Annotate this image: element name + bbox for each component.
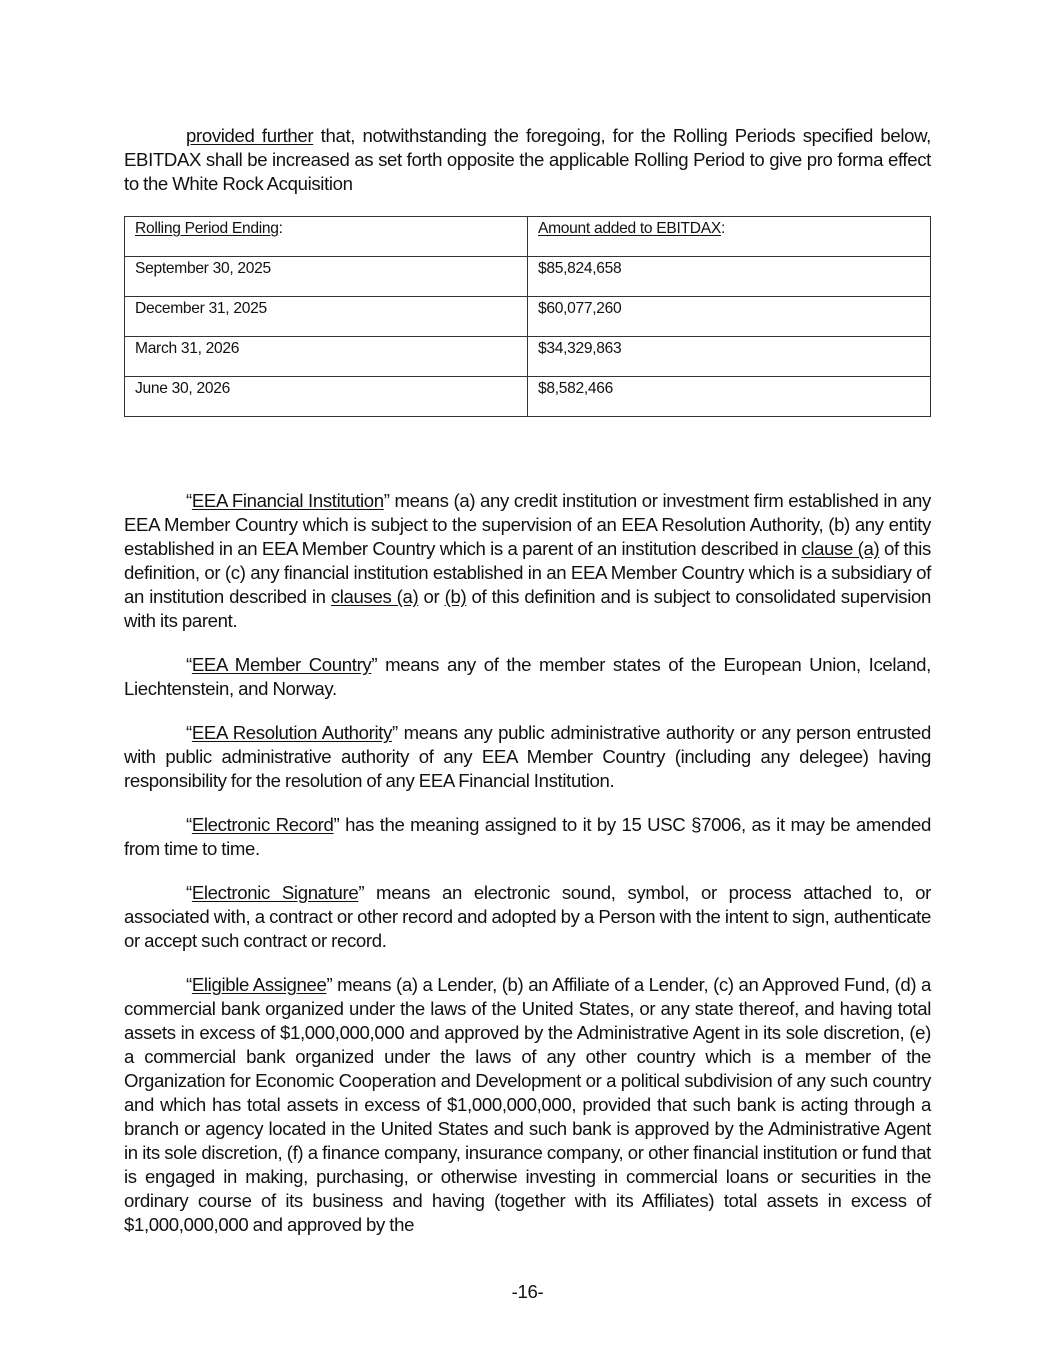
period-cell: March 31, 2026 [125,337,528,377]
cross-reference: clauses (a) [331,586,419,607]
amount-cell: $60,077,260 [528,297,931,337]
definition-eligible-assignee: “Eligible Assignee” means (a) a Lender, … [124,973,931,1237]
definition-electronic-record: “Electronic Record” has the meaning assi… [124,813,931,861]
intro-paragraph: provided further that, notwithstanding t… [124,124,931,196]
defined-term: Eligible Assignee [192,974,327,995]
definition-electronic-signature: “Electronic Signature” means an electron… [124,881,931,953]
defined-term: EEA Member Country [192,654,372,675]
table-header-row: Rolling Period Ending: Amount added to E… [125,217,931,257]
amount-cell: $34,329,863 [528,337,931,377]
page-number: -16- [0,1281,1055,1303]
period-cell: September 30, 2025 [125,257,528,297]
cross-reference: (b) [445,586,467,607]
amount-cell: $85,824,658 [528,257,931,297]
header-cell-period: Rolling Period Ending: [125,217,528,257]
cross-reference: clause (a) [801,538,879,559]
table-row: September 30, 2025 $85,824,658 [125,257,931,297]
table-row: June 30, 2026 $8,582,466 [125,377,931,417]
definition-eea-resolution-authority: “EEA Resolution Authority” means any pub… [124,721,931,793]
defined-term: Electronic Record [192,814,334,835]
defined-term: EEA Resolution Authority [192,722,392,743]
table-row: December 31, 2025 $60,077,260 [125,297,931,337]
definition-eea-financial-institution: “EEA Financial Institution” means (a) an… [124,489,931,633]
defined-term: Electronic Signature [192,882,358,903]
defined-term: EEA Financial Institution [192,490,384,511]
table-row: March 31, 2026 $34,329,863 [125,337,931,377]
definition-eea-member-country: “EEA Member Country” means any of the me… [124,653,931,701]
header-cell-amount: Amount added to EBITDAX: [528,217,931,257]
ebitdax-adjustment-table: Rolling Period Ending: Amount added to E… [124,216,931,417]
amount-cell: $8,582,466 [528,377,931,417]
lead-term: provided further [186,125,313,146]
period-cell: December 31, 2025 [125,297,528,337]
period-cell: June 30, 2026 [125,377,528,417]
